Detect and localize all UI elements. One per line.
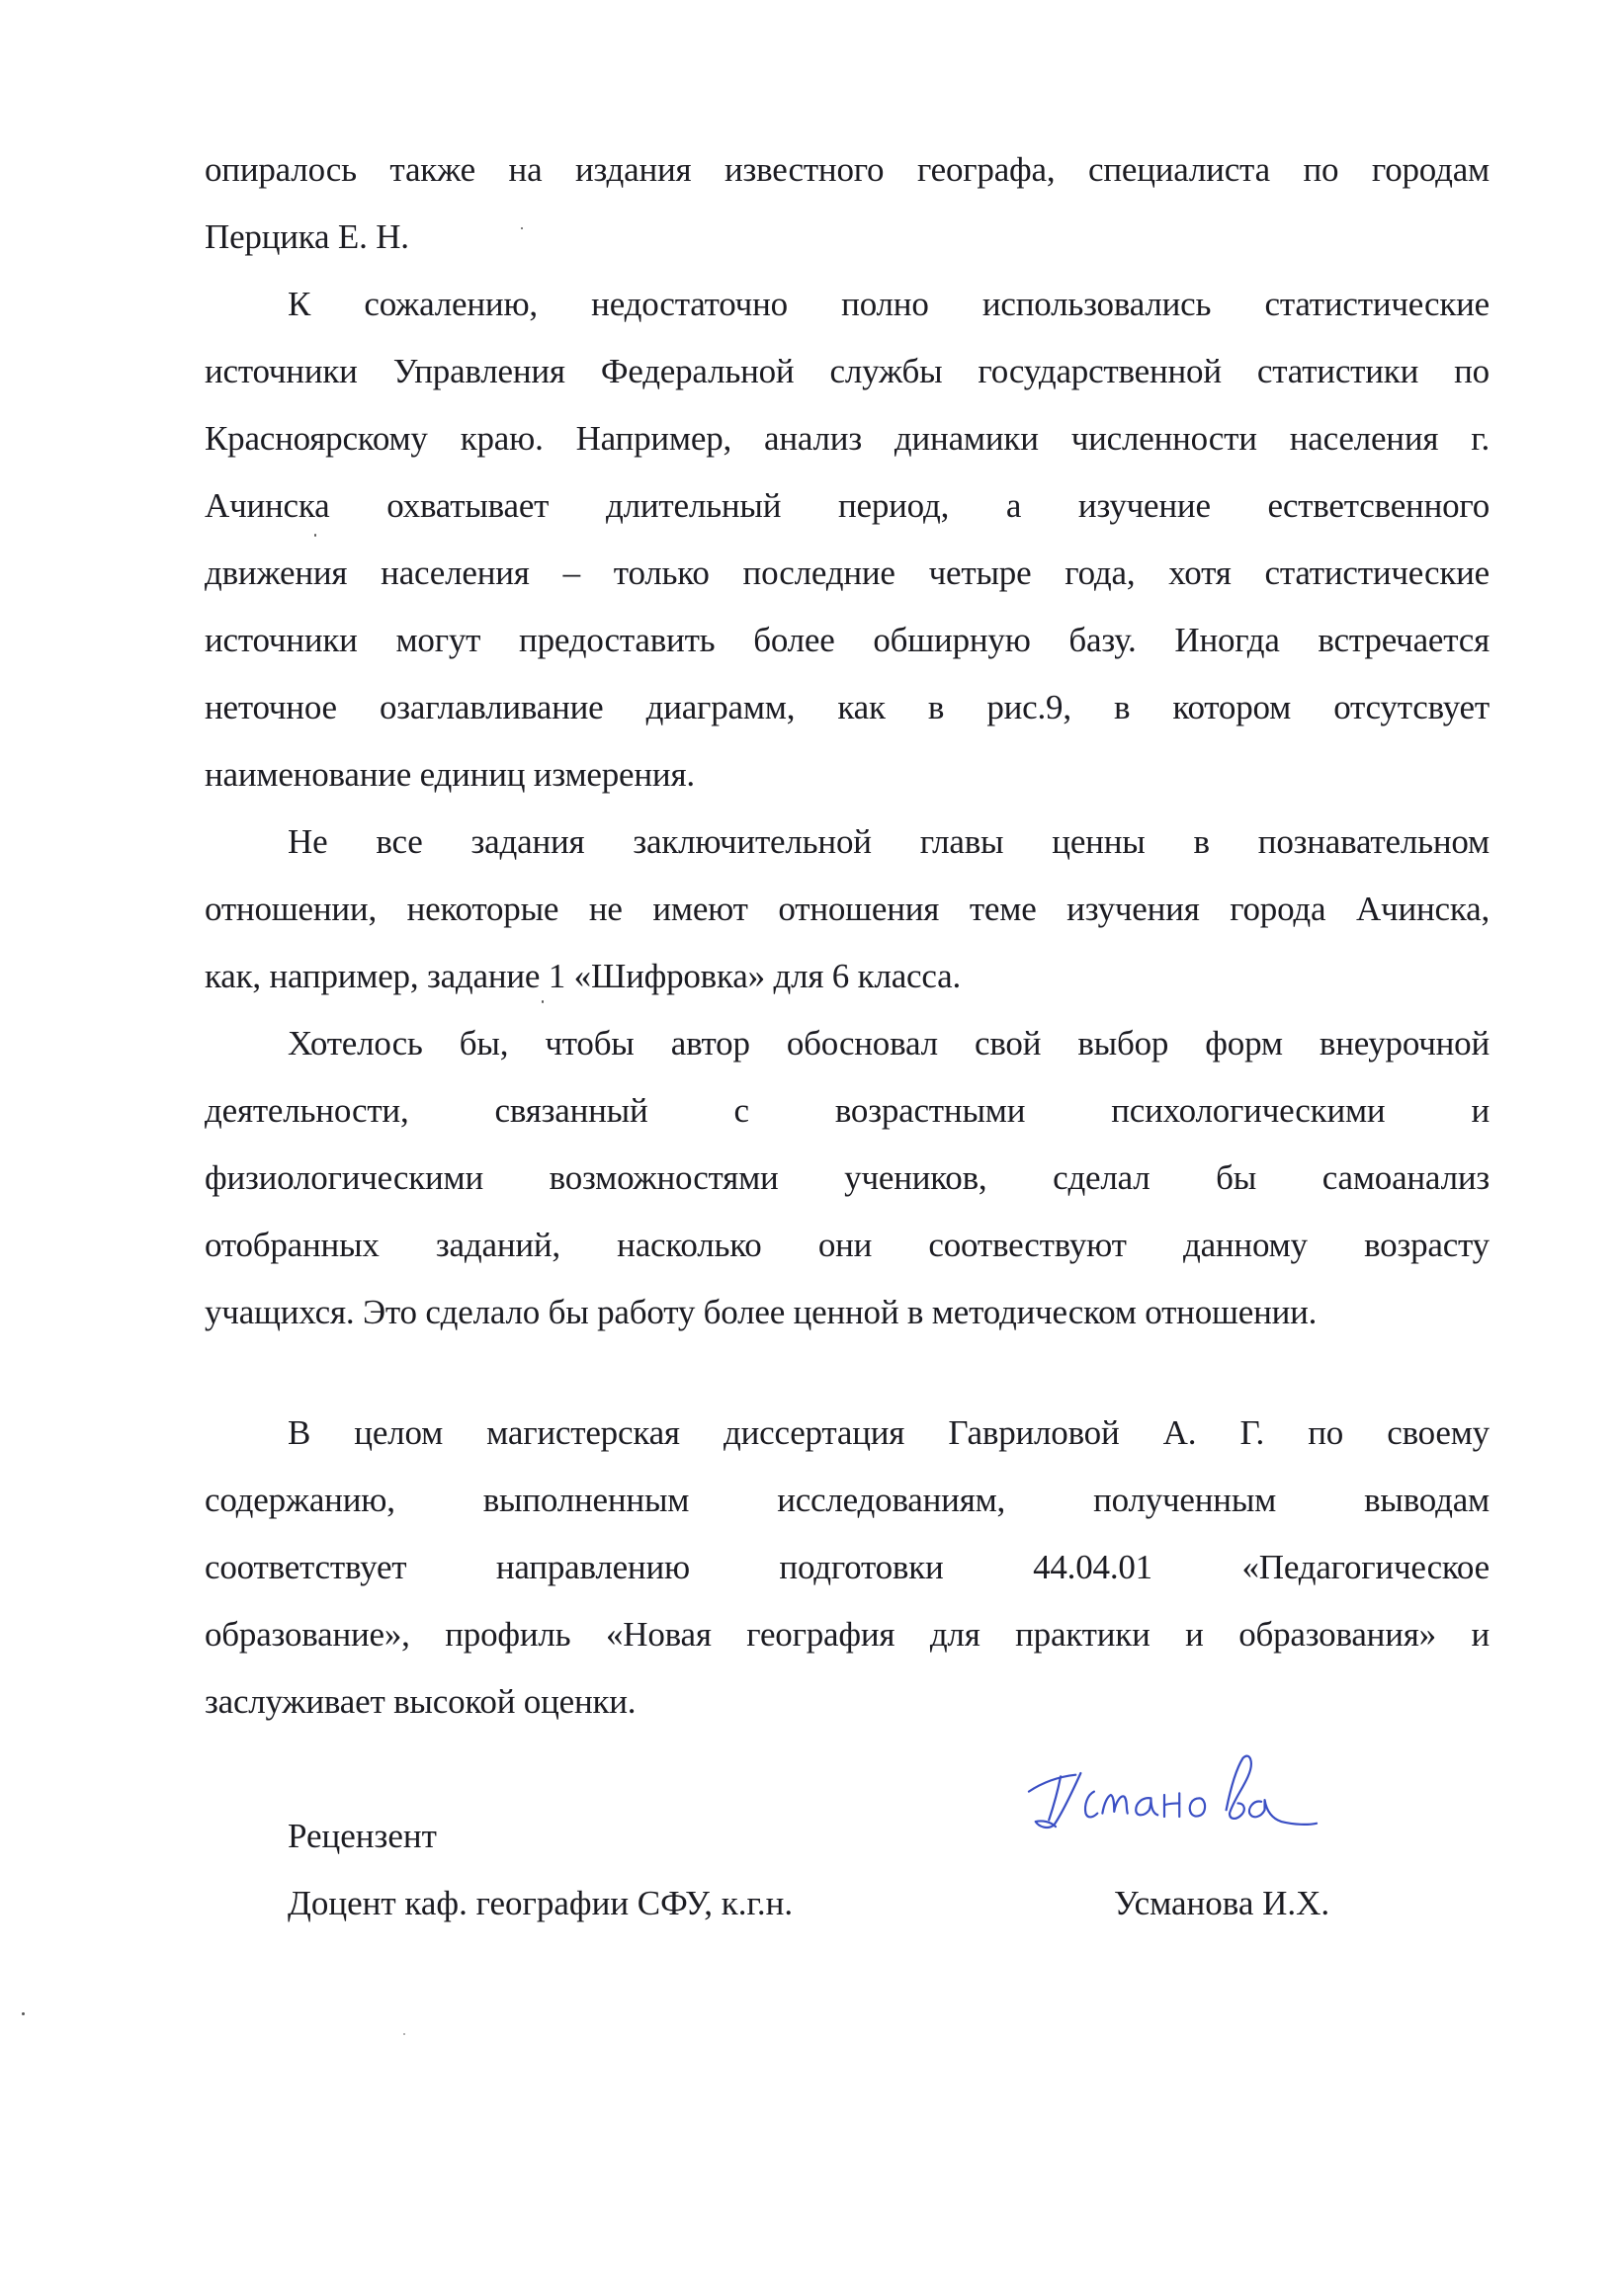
scan-speck [403,2033,405,2035]
paragraph-5-line-2: содержанию, выполненным исследованиям, п… [205,1479,1490,1522]
scan-speck [22,2012,25,2015]
handwritten-signature [988,1751,1384,1860]
scanned-document-page: опиралось также на издания известного ге… [0,0,1619,2296]
paragraph-4-line-2: деятельности, связанный с возрастными пс… [205,1089,1490,1133]
paragraph-5-line-1: В целом магистерская диссертация Гаврило… [288,1411,1490,1455]
paragraph-2-line-1: К сожалению, недостаточно полно использо… [288,283,1490,326]
paragraph-4-line-1: Хотелось бы, чтобы автор обосновал свой … [288,1022,1490,1065]
paragraph-2-line-8: наименование единиц измерения. [205,753,1490,797]
paragraph-1-line-1: опиралось также на издания известного ге… [205,148,1490,192]
paragraph-2-line-2: источники Управления Федеральной службы … [205,350,1490,393]
paragraph-5-line-5: заслуживает высокой оценки. [205,1680,1490,1724]
paragraph-2-line-7: неточное озаглавливание диаграмм, как в … [205,686,1490,729]
paragraph-5-line-4: образование», профиль «Новая география д… [205,1613,1490,1657]
scan-speck [314,534,316,537]
paragraph-3-line-2: отношении, некоторые не имеют отношения … [205,888,1490,931]
paragraph-4-line-5: учащихся. Это сделало бы работу более це… [205,1291,1490,1334]
reviewer-position: Доцент каф. географии СФУ, к.г.н. [288,1882,793,1925]
scan-speck [521,227,523,229]
paragraph-1-line-2: Перцика Е. Н. [205,215,1490,259]
scan-speck [542,1000,544,1003]
paragraph-3-line-3: как, например, задание 1 «Шифровка» для … [205,955,1490,998]
paragraph-5-line-3: соответствует направлению подготовки 44.… [205,1546,1490,1589]
paragraph-4-line-4: отобранных заданий, насколько они соотве… [205,1224,1490,1267]
paragraph-2-line-3: Красноярскому краю. Например, анализ дин… [205,417,1490,461]
reviewer-role-label: Рецензент [288,1815,437,1858]
paragraph-2-line-5: движения населения – только последние че… [205,552,1490,595]
paragraph-3-line-1: Не все задания заключительной главы ценн… [288,820,1490,864]
paragraph-2-line-6: источники могут предоставить более обшир… [205,619,1490,662]
paragraph-2-line-4: Ачинска охватывает длительный период, а … [205,484,1490,528]
paragraph-4-line-3: физиологическими возможностями учеников,… [205,1156,1490,1200]
reviewer-name: Усманова И.Х. [1114,1882,1329,1925]
